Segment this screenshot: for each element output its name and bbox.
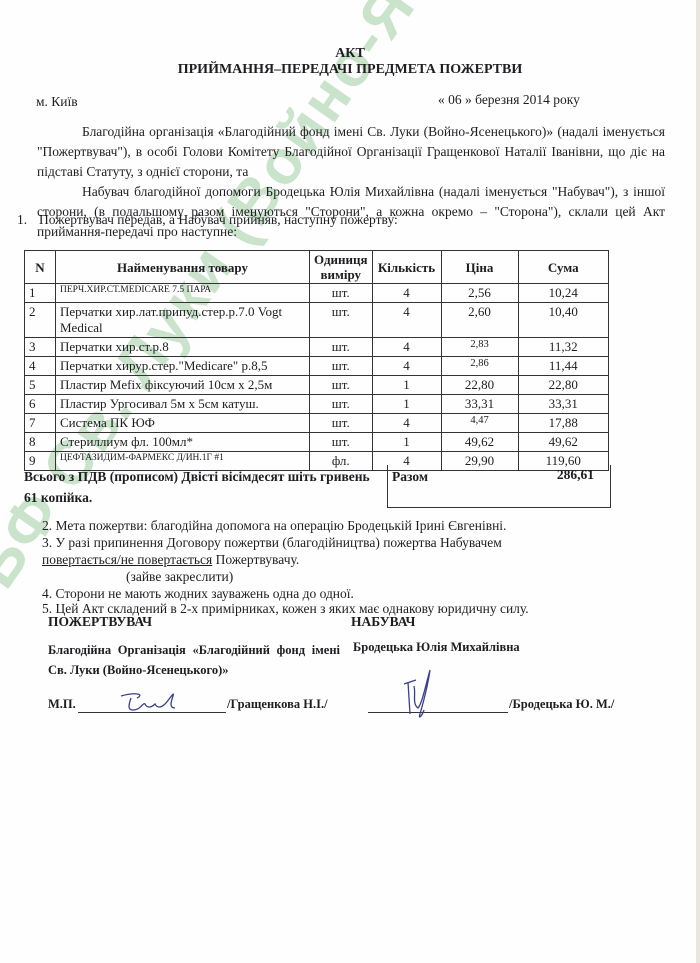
cell-price: 2,86 xyxy=(441,357,518,376)
col-unit: Одиниця виміру xyxy=(310,251,373,284)
cell-sum: 11,32 xyxy=(518,338,608,357)
col-price: Ціна xyxy=(441,251,518,284)
cell-product-name: Перчатки хирур.стер."Medicare" р.8,5 xyxy=(56,357,310,376)
cell-product-name: Стериллиум фл. 100мл* xyxy=(56,433,310,452)
cell-price: 33,31 xyxy=(441,395,518,414)
cell-number: 3 xyxy=(25,338,56,357)
stamp-label: М.П. xyxy=(48,697,76,712)
cell-quantity: 4 xyxy=(372,338,441,357)
table-row: 6Пластир Ургосивал 5м х 5см катуш.шт.133… xyxy=(25,395,609,414)
cell-sum: 11,44 xyxy=(518,357,608,376)
total-box: Разом 286,61 xyxy=(387,465,611,508)
document-title: АКТ xyxy=(0,46,700,62)
clause-3-note: (зайве закреслити) xyxy=(126,569,233,585)
col-n: N xyxy=(25,251,56,284)
cell-sum: 10,24 xyxy=(518,284,608,303)
cell-product-name: Пластир Mefix фіксуючий 10см х 2,5м xyxy=(56,376,310,395)
return-options: повертається/не повертається xyxy=(42,552,212,567)
cell-quantity: 1 xyxy=(372,376,441,395)
donor-sign-name: /Гращенкова Н.І./ xyxy=(227,697,328,712)
donation-table: N Найменування товару Одиниця виміру Кіл… xyxy=(24,250,609,471)
cell-sum: 49,62 xyxy=(518,433,608,452)
cell-number: 8 xyxy=(25,433,56,452)
recipient-sign-name: /Бродецька Ю. М./ xyxy=(509,697,614,712)
cell-quantity: 4 xyxy=(372,357,441,376)
clause-1: 1.Пожертвувач передав, а Набувач прийняв… xyxy=(17,212,398,228)
donor-signature xyxy=(115,690,195,714)
cell-product-name: Пластир Ургосивал 5м х 5см катуш. xyxy=(56,395,310,414)
cell-product-name: ПЕРЧ.ХИР.СТ.MEDICARE 7.5 ПАРА xyxy=(56,284,310,303)
cell-number: 1 xyxy=(25,284,56,303)
cell-price: 4,47 xyxy=(441,414,518,433)
city: м. Київ xyxy=(36,94,78,110)
document-subtitle: ПРИЙМАННЯ–ПЕРЕДАЧІ ПРЕДМЕТА ПОЖЕРТВИ xyxy=(0,62,700,78)
col-name: Найменування товару xyxy=(56,251,310,284)
cell-unit: шт. xyxy=(310,303,373,338)
cell-price: 22,80 xyxy=(441,376,518,395)
cell-product-name: Перчатки хир.ст.р.8 xyxy=(56,338,310,357)
donor-heading: ПОЖЕРТВУВАЧ xyxy=(48,614,152,630)
cell-number: 7 xyxy=(25,414,56,433)
table-row: 8Стериллиум фл. 100мл*шт.149,6249,62 xyxy=(25,433,609,452)
cell-unit: шт. xyxy=(310,395,373,414)
cell-price: 2,83 xyxy=(441,338,518,357)
recipient-heading: НАБУВАЧ xyxy=(351,614,415,630)
cell-quantity: 4 xyxy=(372,303,441,338)
cell-unit: шт. xyxy=(310,376,373,395)
cell-unit: шт. xyxy=(310,357,373,376)
cell-quantity: 1 xyxy=(372,433,441,452)
cell-sum: 22,80 xyxy=(518,376,608,395)
cell-unit: шт. xyxy=(310,338,373,357)
clause-3: 3. У разі припинення Договору пожертви (… xyxy=(42,535,502,551)
cell-number: 2 xyxy=(25,303,56,338)
cell-unit: шт. xyxy=(310,414,373,433)
page-edge xyxy=(696,0,700,963)
cell-number: 4 xyxy=(25,357,56,376)
clause-4: 4. Сторони не мають жодних зауважень одн… xyxy=(42,586,354,602)
document-date: « 06 » березня 2014 року xyxy=(438,92,580,108)
donor-organization: Благодійна Організація «Благодійний фонд… xyxy=(48,640,340,680)
cell-quantity: 4 xyxy=(372,414,441,433)
clause-3-options: повертається/не повертається Пожертвувач… xyxy=(42,552,299,568)
total-in-words: Всього з ПДВ (прописом) Двісті вісімдеся… xyxy=(24,466,384,508)
cell-price: 2,60 xyxy=(441,303,518,338)
cell-product-name: Перчатки хир.лат.припуд.стер.р.7.0 Vogt … xyxy=(56,303,310,338)
col-qty: Кількість xyxy=(372,251,441,284)
intro-paragraph-donor: Благодійна організація «Благодійний фонд… xyxy=(37,122,665,182)
cell-product-name: Система ПК ЮФ xyxy=(56,414,310,433)
cell-unit: шт. xyxy=(310,433,373,452)
table-row: 5Пластир Mefix фіксуючий 10см х 2,5мшт.1… xyxy=(25,376,609,395)
cell-number: 5 xyxy=(25,376,56,395)
cell-sum: 10,40 xyxy=(518,303,608,338)
cell-quantity: 1 xyxy=(372,395,441,414)
col-sum: Сума xyxy=(518,251,608,284)
table-row: 2Перчатки хир.лат.припуд.стер.р.7.0 Vogt… xyxy=(25,303,609,338)
cell-number: 6 xyxy=(25,395,56,414)
table-row: 4Перчатки хирур.стер."Medicare" р.8,5шт.… xyxy=(25,357,609,376)
total-label: Разом xyxy=(392,469,428,485)
table-row: 3Перчатки хир.ст.р.8шт.42,8311,32 xyxy=(25,338,609,357)
clause-2: 2. Мета пожертви: благодійна допомога на… xyxy=(42,518,506,534)
cell-sum: 33,31 xyxy=(518,395,608,414)
table-row: 7Система ПК ЮФшт.44,4717,88 xyxy=(25,414,609,433)
total-value: 286,61 xyxy=(557,467,594,483)
table-row: 1ПЕРЧ.ХИР.СТ.MEDICARE 7.5 ПАРАшт.42,5610… xyxy=(25,284,609,303)
cell-price: 2,56 xyxy=(441,284,518,303)
cell-price: 49,62 xyxy=(441,433,518,452)
cell-unit: шт. xyxy=(310,284,373,303)
recipient-name: Бродецька Юлія Михайлівна xyxy=(353,640,520,655)
table-header-row: N Найменування товару Одиниця виміру Кіл… xyxy=(25,251,609,284)
cell-sum: 17,88 xyxy=(518,414,608,433)
recipient-signature xyxy=(400,664,440,726)
cell-quantity: 4 xyxy=(372,284,441,303)
